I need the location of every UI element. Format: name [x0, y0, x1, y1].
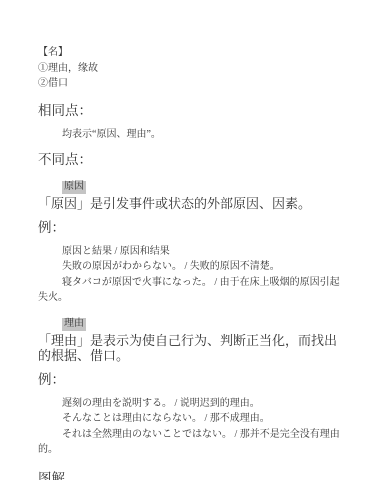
riyu-definition: 「理由」是表示为使自己行为、判断正当化，而找出的根据、借口。 [38, 333, 342, 364]
same-points-body: 均表示“原因、理由”。 [38, 127, 342, 143]
riyu-example-heading: 例： [38, 371, 342, 389]
genin-badge-row: 原因 [38, 178, 342, 194]
genin-definition: 「原因」是引发事件或状态的外部原因、因素。 [38, 196, 342, 212]
genin-word-badge: 原因 [62, 181, 86, 194]
dictionary-entry-page: 【名】 ①理由，缘故 ②借口 相同点： 均表示“原因、理由”。 不同点： 原因 … [0, 0, 370, 480]
riyu-badge-row: 理由 [38, 315, 342, 331]
genin-example-heading: 例： [38, 219, 342, 237]
example-line: 遅刻の理由を説明する。 / 说明迟到的理由。 [38, 396, 342, 412]
example-line: そんなことは理由にならない。 / 那不成理由。 [38, 411, 342, 427]
riyu-word-badge: 理由 [62, 318, 86, 331]
diff-points-heading: 不同点： [38, 151, 342, 169]
example-line: 失敗の原因がわからない。 / 失败的原因不清楚。 [38, 259, 342, 275]
entry-header: 【名】 ①理由，缘故 ②借口 [38, 45, 342, 92]
sense-2: ②借口 [38, 76, 342, 92]
genin-examples: 原因と結果 / 原因和结果 失敗の原因がわからない。 / 失败的原因不清楚。 寝… [38, 244, 342, 306]
example-line: 寝タバコが原因で火事になった。 / 由于在床上吸烟的原因引起失火。 [38, 275, 342, 306]
example-line: 原因と結果 / 原因和结果 [38, 244, 342, 260]
example-line: それは全然理由のないことではない。 / 那并不是完全没有理由的。 [38, 427, 342, 458]
sense-1: ①理由，缘故 [38, 61, 342, 77]
diagram-heading: 图解 [38, 470, 342, 480]
riyu-examples: 遅刻の理由を説明する。 / 说明迟到的理由。 そんなことは理由にならない。 / … [38, 396, 342, 458]
same-points-heading: 相同点： [38, 102, 342, 120]
part-of-speech-tag: 【名】 [38, 45, 342, 61]
